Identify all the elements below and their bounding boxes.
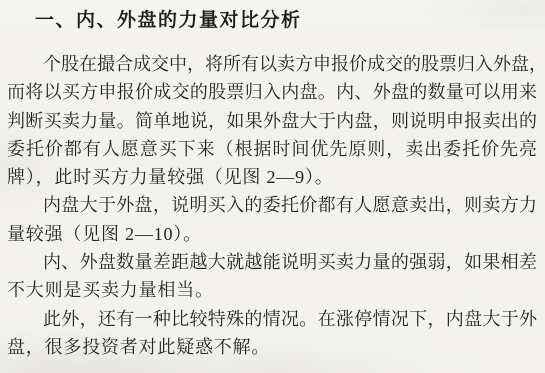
section-heading: 一、内、外盘的力量对比分析 [35, 9, 537, 33]
text-line: 盘，很多投资者对此疑惑不解。 [7, 333, 537, 361]
text-line: 判断买卖力量。简单地说，如果外盘大于内盘，则说明申报卖出的 [7, 107, 537, 135]
text-line: 此外，还有一种比较特殊的情况。在涨停情况下，内盘大于外 [7, 305, 537, 333]
book-page: 一、内、外盘的力量对比分析 个股在撮合成交中，将所有以卖方申报价成交的股票归入外… [0, 0, 545, 373]
paragraph: 个股在撮合成交中，将所有以卖方申报价成交的股票归入外盘， 而将以买方申报价成交的… [7, 50, 537, 191]
paragraph: 内盘大于外盘，说明买入的委托价都有人愿意卖出，则卖方力 量较强（见图 2—10）… [7, 191, 537, 248]
paragraph: 内、外盘数量差距越大就越能说明买卖力量的强弱，如果相差 不大则是买卖力量相当。 [7, 248, 537, 305]
text-line: 量较强（见图 2—10）。 [7, 220, 537, 248]
text-line: 不大则是买卖力量相当。 [7, 276, 537, 304]
text-line: 内、外盘数量差距越大就越能说明买卖力量的强弱，如果相差 [7, 248, 537, 276]
body-text: 个股在撮合成交中，将所有以卖方申报价成交的股票归入外盘， 而将以买方申报价成交的… [7, 50, 537, 361]
paragraph: 此外，还有一种比较特殊的情况。在涨停情况下，内盘大于外 盘，很多投资者对此疑惑不… [7, 305, 537, 362]
text-line: 而将以买方申报价成交的股票归入内盘。内、外盘的数量可以用来 [7, 78, 537, 106]
text-line: 个股在撮合成交中，将所有以卖方申报价成交的股票归入外盘， [7, 50, 537, 78]
text-line: 委托价都有人愿意买下来（根据时间优先原则，卖出委托价先亮 [7, 135, 537, 163]
text-line: 内盘大于外盘，说明买入的委托价都有人愿意卖出，则卖方力 [7, 191, 537, 219]
text-line: 牌），此时买方力量较强（见图 2—9）。 [7, 163, 537, 191]
